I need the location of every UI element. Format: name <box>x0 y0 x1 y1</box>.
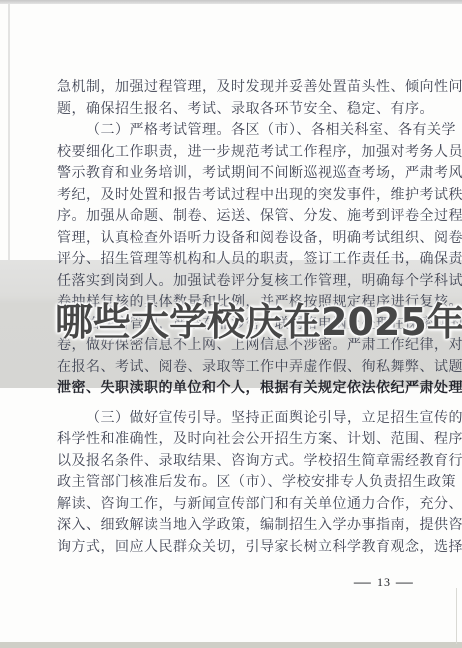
text-line: 校要细化工作职责，进一步规范考试工作程序，加强对考务人员 <box>57 142 431 164</box>
text-line: 在报名、考试、阅卷、录取等工作中弄虚作假、徇私舞弊、试题 <box>57 357 431 379</box>
scan-edge-left <box>8 4 10 260</box>
scanned-document-page: 急机制，加强过程管理，及时发现并妥善处置苗头性、倾向性问 题，确保招生报名、考试… <box>0 0 462 648</box>
watermark-overlay: 哪些大学校庆在2025年 <box>55 299 455 345</box>
text-line: 任落实到岗到人。加强试卷评分复核工作管理，明确每个学科试 <box>57 271 431 293</box>
scan-edge-right <box>456 588 457 644</box>
text-line: 题，确保招生报名、考试、录取各环节安全、稳定、有序。 <box>57 99 431 121</box>
text-line: 政主管部门核准后发布。区（市）、学校安排专人负责招生政策 <box>57 472 431 494</box>
text-line-section-3-heading: （三）做好宣传引导。坚持正面舆论引导，立足招生宣传的 <box>57 408 431 430</box>
text-line: 警示教育和业务培训，考试期间不间断巡视巡查考场，严肃考风 <box>57 163 431 185</box>
page-number-value: 13 <box>377 575 391 590</box>
text-line: 询方式，回应人民群众关切，引导家长树立科学教育观念，选择 <box>57 537 431 559</box>
text-line: 深入、细致解读当地入学政策，编制招生入学办事指南，提供咨 <box>57 515 431 537</box>
text-line: 解读、咨询工作，与新闻宣传部门和有关单位通力合作，充分、 <box>57 494 431 516</box>
text-line: 科学性和准确性，及时向社会公开招生方案、计划、范围、程序 <box>57 429 431 451</box>
text-line: 考纪，及时处置和报告考试过程中出现的突发事件，维护考试秩 <box>57 185 431 207</box>
page-number-dash-left: — <box>354 574 372 590</box>
text-line: 急机制，加强过程管理，及时发现并妥善处置苗头性、倾向性问 <box>57 77 431 99</box>
page-number-dash-right: — <box>396 574 414 590</box>
scan-edge-top <box>0 0 462 4</box>
text-line-section-2-heading: （二）严格考试管理。各区（市）、各相关科室、各有关学 <box>57 120 431 142</box>
text-line: 泄密、失职渎职的单位和个人，根据有关规定依法依纪严肃处理。 <box>57 378 431 400</box>
scan-edge-bottom <box>0 642 462 648</box>
text-line: 序。加强从命题、制卷、运送、保管、分发、施考到评卷全过程 <box>57 206 431 228</box>
text-line: 评分、招生管理等机构和人员的职责，签订工作责任书，确保责 <box>57 249 431 271</box>
text-line: 以及报名条件、录取结果、咨询方式。学校招生简章需经教育行 <box>57 451 431 473</box>
text-line: 管理，认真检查外语听力设备和阅卷设备，明确考试组织、阅卷 <box>57 228 431 250</box>
page-number: — 13 — <box>356 574 412 590</box>
